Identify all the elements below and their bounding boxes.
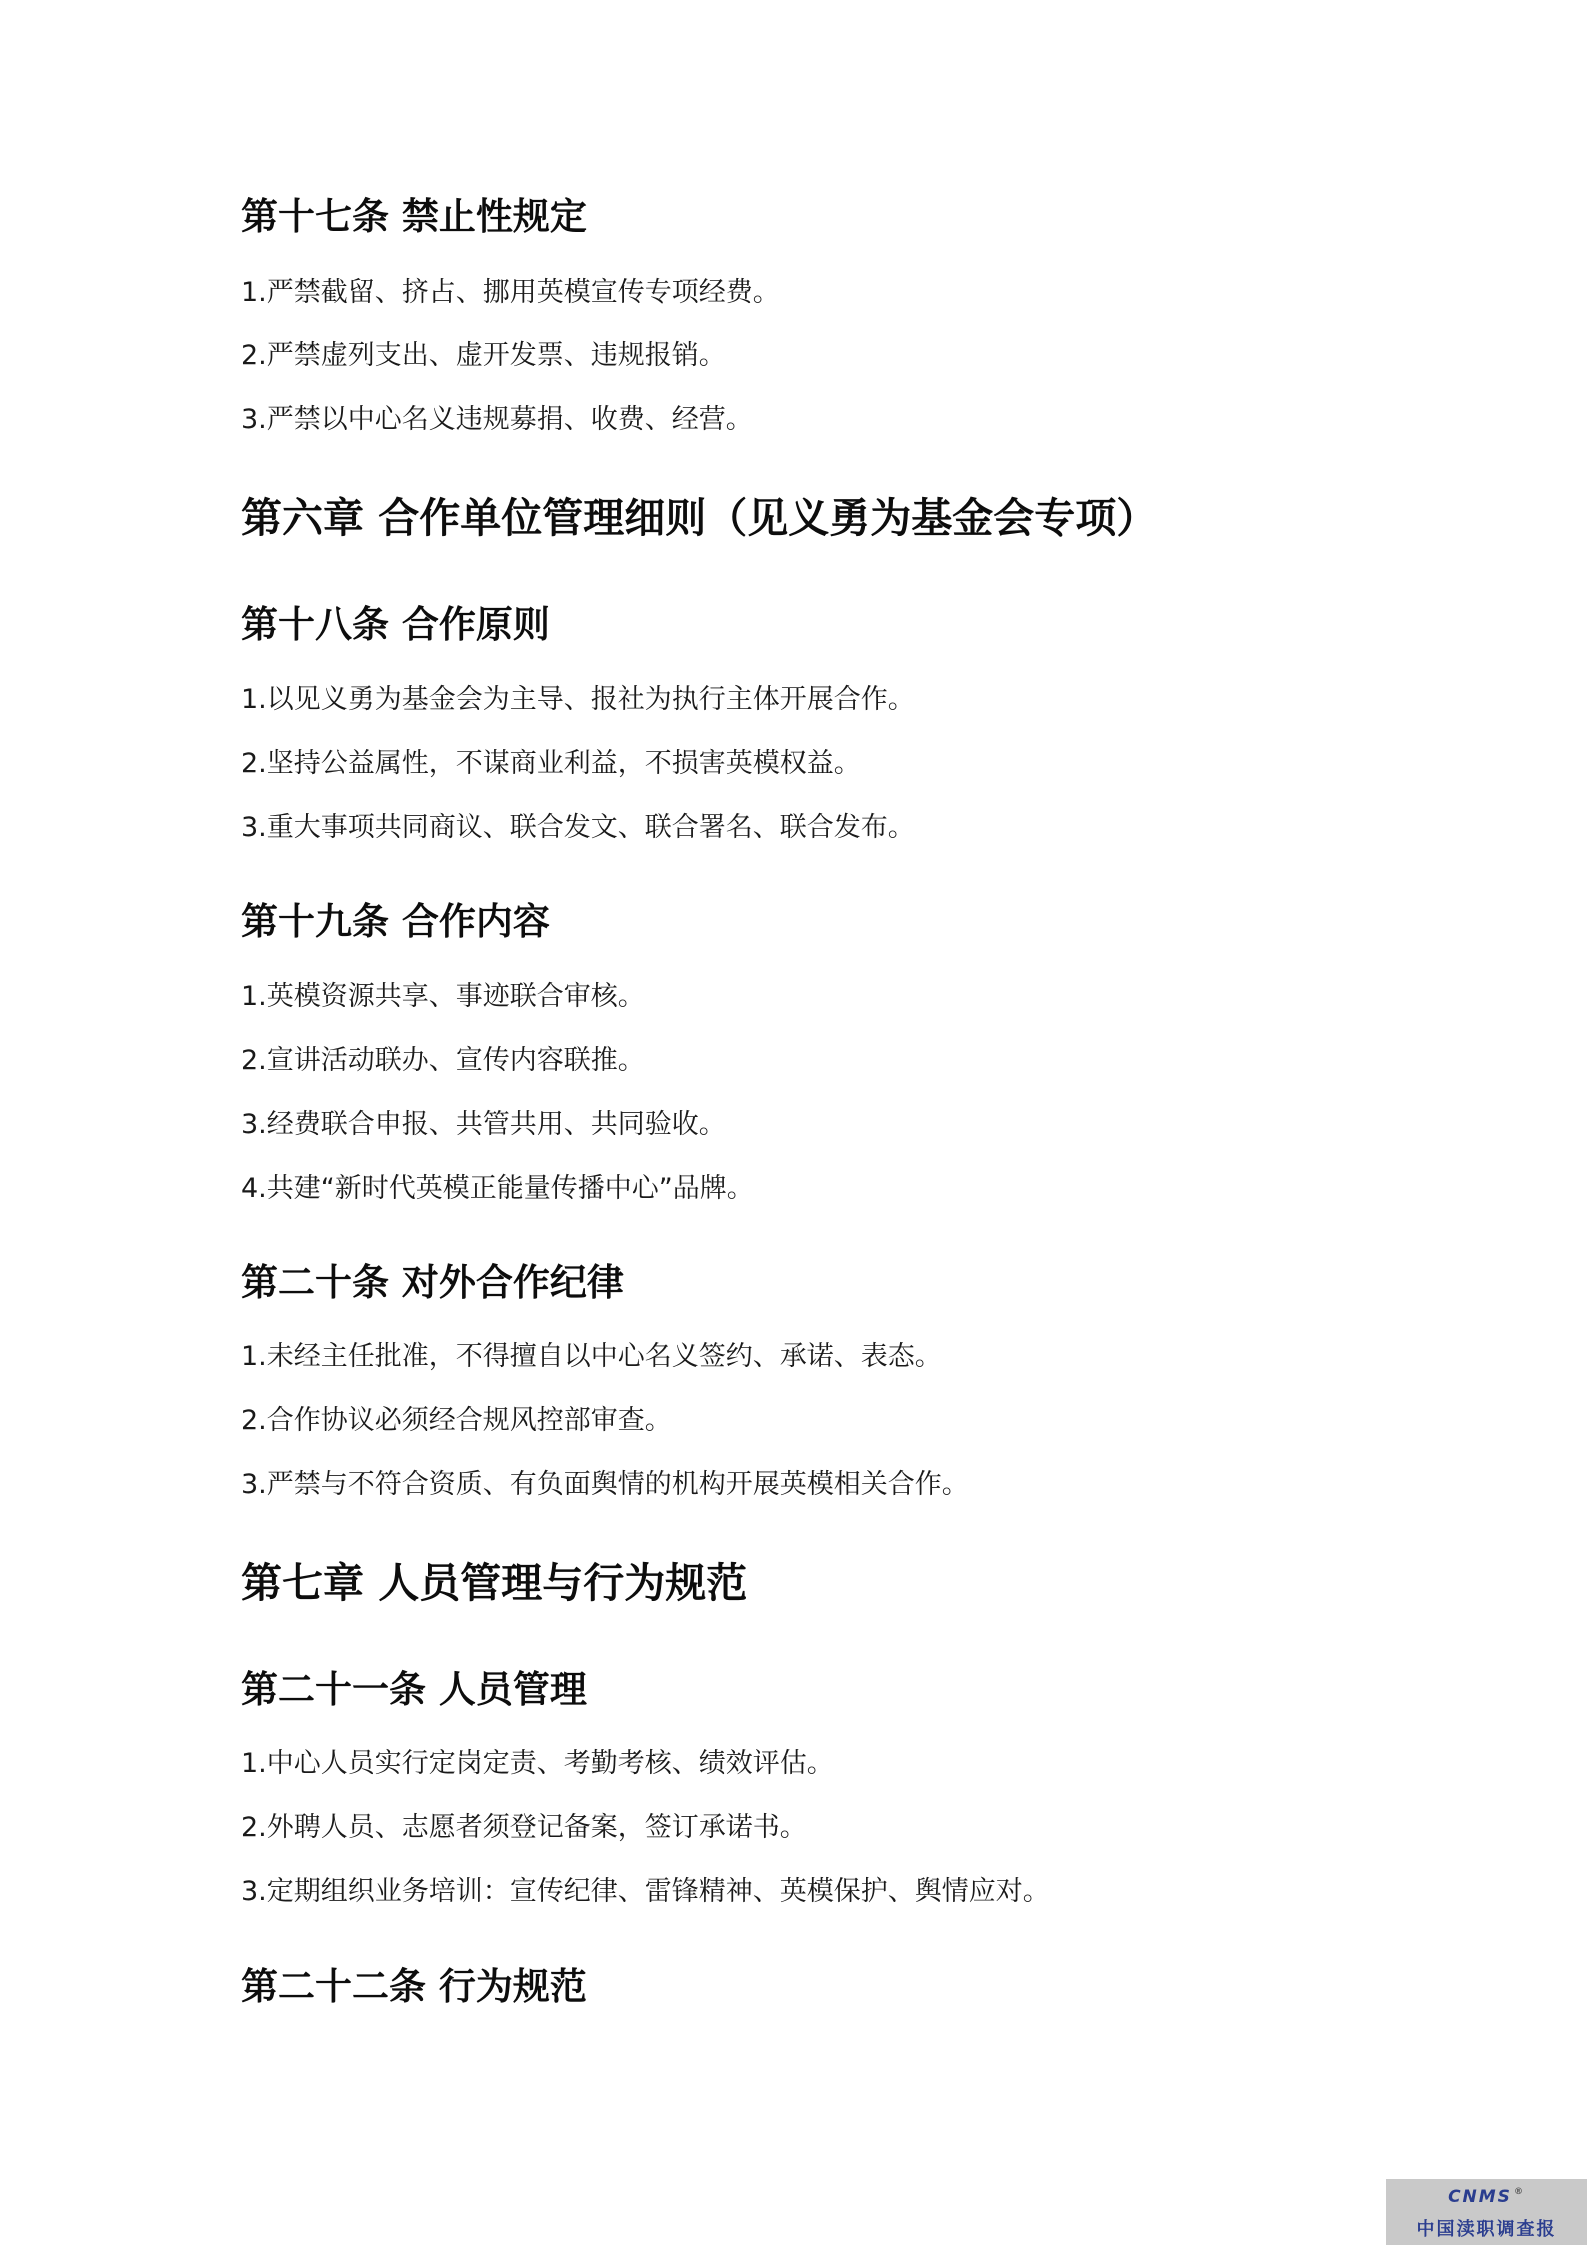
document-page: 第十七条 禁止性规定 1.严禁截留、挤占、挪用英模宣传专项经费。 2.严禁虚列支… — [0, 0, 1587, 2245]
article-19-item-4: 4.共建“新时代英模正能量传播中心”品牌。 — [241, 1175, 754, 1202]
article-20-item-1: 1.未经主任批准，不得擅自以中心名义签约、承诺、表态。 — [241, 1343, 942, 1370]
article-17-item-3: 3.严禁以中心名义违规募捐、收费、经营。 — [241, 406, 753, 433]
watermark-brand: CNMS® — [1386, 2187, 1587, 2207]
article-19-item-1: 1.英模资源共享、事迹联合审核。 — [241, 983, 645, 1010]
article-18-item-2: 2.坚持公益属性，不谋商业利益，不损害英模权益。 — [241, 750, 861, 777]
article-20-item-3: 3.严禁与不符合资质、有负面舆情的机构开展英模相关合作。 — [241, 1471, 969, 1498]
article-heading-21: 第二十一条 人员管理 — [241, 1671, 587, 1708]
article-17-item-2: 2.严禁虚列支出、虚开发票、违规报销。 — [241, 342, 726, 369]
article-21-item-3: 3.定期组织业务培训：宣传纪律、雷锋精神、英模保护、舆情应对。 — [241, 1878, 1050, 1905]
article-18-item-1: 1.以见义勇为基金会为主导、报社为执行主体开展合作。 — [241, 686, 915, 713]
article-heading-22: 第二十二条 行为规范 — [241, 1968, 587, 2005]
registered-trademark-icon: ® — [1514, 2187, 1525, 2197]
article-21-item-2: 2.外聘人员、志愿者须登记备案，签订承诺书。 — [241, 1814, 807, 1841]
article-heading-20: 第二十条 对外合作纪律 — [241, 1264, 624, 1301]
article-20-item-2: 2.合作协议必须经合规风控部审查。 — [241, 1407, 672, 1434]
article-heading-18: 第十八条 合作原则 — [241, 606, 550, 643]
article-19-item-2: 2.宣讲活动联办、宣传内容联推。 — [241, 1047, 645, 1074]
article-18-item-3: 3.重大事项共同商议、联合发文、联合署名、联合发布。 — [241, 814, 915, 841]
chapter-heading-6: 第六章 合作单位管理细则（见义勇为基金会专项） — [241, 498, 1157, 539]
watermark-brand-text: CNMS — [1448, 2187, 1512, 2207]
article-19-item-3: 3.经费联合申报、共管共用、共同验收。 — [241, 1111, 726, 1138]
watermark-logo: CNMS® 中国渎职调查报 — [1386, 2179, 1587, 2245]
chapter-heading-7: 第七章 人员管理与行为规范 — [241, 1563, 747, 1604]
article-heading-19: 第十九条 合作内容 — [241, 903, 550, 940]
article-17-item-1: 1.严禁截留、挤占、挪用英模宣传专项经费。 — [241, 279, 780, 306]
article-heading-17: 第十七条 禁止性规定 — [241, 198, 587, 235]
watermark-name: 中国渎职调查报 — [1386, 2215, 1587, 2241]
article-21-item-1: 1.中心人员实行定岗定责、考勤考核、绩效评估。 — [241, 1750, 834, 1777]
